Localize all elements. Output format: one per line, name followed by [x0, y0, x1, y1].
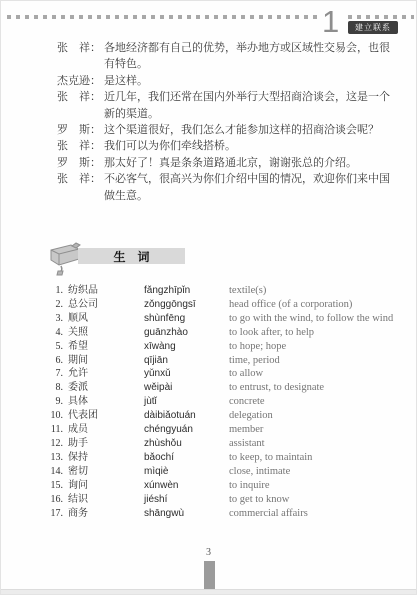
- vocab-number: 16.: [39, 493, 63, 507]
- vocab-row: 3. 顺风 shùnfēng to go with the wind, to f…: [39, 312, 403, 326]
- vocab-pinyin: guānzhào: [144, 326, 229, 340]
- dialogue-line: 罗 斯： 那太好了！真是条条道路通北京，谢谢张总的介绍。: [57, 155, 397, 171]
- textbook-page: 1 建立联系 张 祥： 各地经济都有自己的优势，举办地方或区域性交易会，也很有特…: [0, 0, 417, 595]
- dialogue-text: 各地经济都有自己的优势，举办地方或区域性交易会，也很有特色。: [104, 40, 397, 73]
- vocab-pinyin: qījiān: [144, 354, 229, 368]
- vocab-row: 9. 具体 jùtǐ concrete: [39, 395, 403, 409]
- vocab-hanzi: 具体: [63, 395, 144, 409]
- vocab-pinyin: yǔnxǔ: [144, 367, 229, 381]
- vocab-hanzi: 纺织品: [63, 284, 144, 298]
- vocab-number: 12.: [39, 437, 63, 451]
- dialogue-line: 张 祥： 各地经济都有自己的优势，举办地方或区域性交易会，也很有特色。: [57, 40, 397, 73]
- vocab-english: time, period: [229, 354, 403, 368]
- page-number: 3: [1, 547, 416, 558]
- vocab-english: textile(s): [229, 284, 403, 298]
- vocab-english: to go with the wind, to follow the wind: [229, 312, 403, 326]
- vocab-list: 1. 纺织品 fǎngzhīpǐn textile(s) 2. 总公司 zǒng…: [39, 284, 403, 520]
- vocab-hanzi: 结识: [63, 493, 144, 507]
- dialogue-speaker: 罗 斯：: [57, 155, 104, 171]
- unit-number: 1: [322, 4, 339, 40]
- vocab-hanzi: 期间: [63, 354, 144, 368]
- vocab-row: 5. 希望 xīwàng to hope; hope: [39, 340, 403, 354]
- vocab-hanzi: 关照: [63, 326, 144, 340]
- dialogue-speaker: 罗 斯：: [57, 122, 104, 138]
- vocab-english: to inquire: [229, 479, 403, 493]
- vocab-pinyin: fǎngzhīpǐn: [144, 284, 229, 298]
- vocab-number: 6.: [39, 354, 63, 368]
- vocab-number: 17.: [39, 507, 63, 521]
- vocab-section-title: 生 词: [78, 248, 185, 264]
- dialogue-text: 这个渠道很好，我们怎么才能参加这样的招商洽谈会呢？: [104, 122, 397, 138]
- vocab-hanzi: 成员: [63, 423, 144, 437]
- dialogue-line: 杰克逊： 是这样。: [57, 73, 397, 89]
- vocab-hanzi: 总公司: [63, 298, 144, 312]
- vocab-pinyin: shùnfēng: [144, 312, 229, 326]
- vocab-english: to entrust, to designate: [229, 381, 403, 395]
- vocab-hanzi: 委派: [63, 381, 144, 395]
- vocab-hanzi: 询问: [63, 479, 144, 493]
- header-dotted-rule-right: [348, 15, 414, 19]
- dialogue-speaker: 杰克逊：: [57, 73, 104, 89]
- dialogue-speaker: 张 祥：: [57, 171, 104, 204]
- vocab-hanzi: 希望: [63, 340, 144, 354]
- vocab-english: to allow: [229, 367, 403, 381]
- vocab-english: to hope; hope: [229, 340, 403, 354]
- vocab-english: to keep, to maintain: [229, 451, 403, 465]
- dialogue-line: 张 祥： 近几年，我们还常在国内外举行大型招商洽谈会，这是一个新的渠道。: [57, 89, 397, 122]
- dialogue-line: 张 祥： 我们可以为你们牵线搭桥。: [57, 138, 397, 154]
- vocab-pinyin: chéngyuán: [144, 423, 229, 437]
- vocab-row: 7. 允许 yǔnxǔ to allow: [39, 367, 403, 381]
- vocab-row: 4. 关照 guānzhào to look after, to help: [39, 326, 403, 340]
- vocab-pinyin: wěipài: [144, 381, 229, 395]
- vocab-row: 14. 密切 mìqiè close, intimate: [39, 465, 403, 479]
- vocab-english: head office (of a corporation): [229, 298, 403, 312]
- vocab-hanzi: 密切: [63, 465, 144, 479]
- vocab-number: 10.: [39, 409, 63, 423]
- vocab-number: 14.: [39, 465, 63, 479]
- vocab-hanzi: 代表团: [63, 409, 144, 423]
- vocab-number: 15.: [39, 479, 63, 493]
- vocab-pinyin: dàibiǎotuán: [144, 409, 229, 423]
- page-number-bar: [204, 561, 215, 589]
- dialogue-speaker: 张 祥：: [57, 40, 104, 73]
- vocab-number: 5.: [39, 340, 63, 354]
- vocab-pinyin: bǎochí: [144, 451, 229, 465]
- vocab-hanzi: 允许: [63, 367, 144, 381]
- vocab-row: 17. 商务 shāngwù commercial affairs: [39, 507, 403, 521]
- vocab-row: 6. 期间 qījiān time, period: [39, 354, 403, 368]
- vocab-number: 4.: [39, 326, 63, 340]
- dialogue-line: 张 祥： 不必客气，很高兴为你们介绍中国的情况，欢迎你们来中国做生意。: [57, 171, 397, 204]
- dialogue-text: 我们可以为你们牵线搭桥。: [104, 138, 397, 154]
- dialogue-text: 不必客气，很高兴为你们介绍中国的情况，欢迎你们来中国做生意。: [104, 171, 397, 204]
- vocab-pinyin: mìqiè: [144, 465, 229, 479]
- vocab-pinyin: jiéshí: [144, 493, 229, 507]
- vocab-english: member: [229, 423, 403, 437]
- vocab-row: 1. 纺织品 fǎngzhīpǐn textile(s): [39, 284, 403, 298]
- vocab-english: to get to know: [229, 493, 403, 507]
- vocab-pinyin: zhùshǒu: [144, 437, 229, 451]
- vocab-row: 12. 助手 zhùshǒu assistant: [39, 437, 403, 451]
- vocab-number: 8.: [39, 381, 63, 395]
- dialogue-speaker: 张 祥：: [57, 138, 104, 154]
- vocab-english: concrete: [229, 395, 403, 409]
- vocab-hanzi: 顺风: [63, 312, 144, 326]
- dialogue-text: 近几年，我们还常在国内外举行大型招商洽谈会，这是一个新的渠道。: [104, 89, 397, 122]
- vocab-pinyin: xīwàng: [144, 340, 229, 354]
- vocab-number: 13.: [39, 451, 63, 465]
- vocab-pinyin: shāngwù: [144, 507, 229, 521]
- vocab-pinyin: jùtǐ: [144, 395, 229, 409]
- vocab-row: 15. 询问 xúnwèn to inquire: [39, 479, 403, 493]
- vocab-hanzi: 商务: [63, 507, 144, 521]
- vocab-row: 11. 成员 chéngyuán member: [39, 423, 403, 437]
- vocab-pinyin: xúnwèn: [144, 479, 229, 493]
- vocab-number: 1.: [39, 284, 63, 298]
- vocab-hanzi: 助手: [63, 437, 144, 451]
- dialogue-speaker: 张 祥：: [57, 89, 104, 122]
- vocab-pinyin: zǒnggōngsī: [144, 298, 229, 312]
- page-bottom-edge: [1, 589, 416, 595]
- vocab-english: delegation: [229, 409, 403, 423]
- vocab-english: commercial affairs: [229, 507, 403, 521]
- vocab-number: 2.: [39, 298, 63, 312]
- dialogue-text: 是这样。: [104, 73, 397, 89]
- vocab-number: 9.: [39, 395, 63, 409]
- vocab-row: 2. 总公司 zǒnggōngsī head office (of a corp…: [39, 298, 403, 312]
- vocab-english: close, intimate: [229, 465, 403, 479]
- vocab-english: to look after, to help: [229, 326, 403, 340]
- dialogue-block: 张 祥： 各地经济都有自己的优势，举办地方或区域性交易会，也很有特色。 杰克逊：…: [57, 40, 397, 204]
- unit-title-badge: 建立联系: [348, 21, 398, 34]
- vocab-number: 7.: [39, 367, 63, 381]
- dialogue-line: 罗 斯： 这个渠道很好，我们怎么才能参加这样的招商洽谈会呢？: [57, 122, 397, 138]
- vocab-english: assistant: [229, 437, 403, 451]
- vocab-number: 11.: [39, 423, 63, 437]
- vocab-hanzi: 保持: [63, 451, 144, 465]
- vocab-row: 10. 代表团 dàibiǎotuán delegation: [39, 409, 403, 423]
- header-dotted-rule-left: [7, 15, 321, 19]
- vocab-row: 13. 保持 bǎochí to keep, to maintain: [39, 451, 403, 465]
- dialogue-text: 那太好了！真是条条道路通北京，谢谢张总的介绍。: [104, 155, 397, 171]
- vocab-row: 16. 结识 jiéshí to get to know: [39, 493, 403, 507]
- vocab-number: 3.: [39, 312, 63, 326]
- vocab-row: 8. 委派 wěipài to entrust, to designate: [39, 381, 403, 395]
